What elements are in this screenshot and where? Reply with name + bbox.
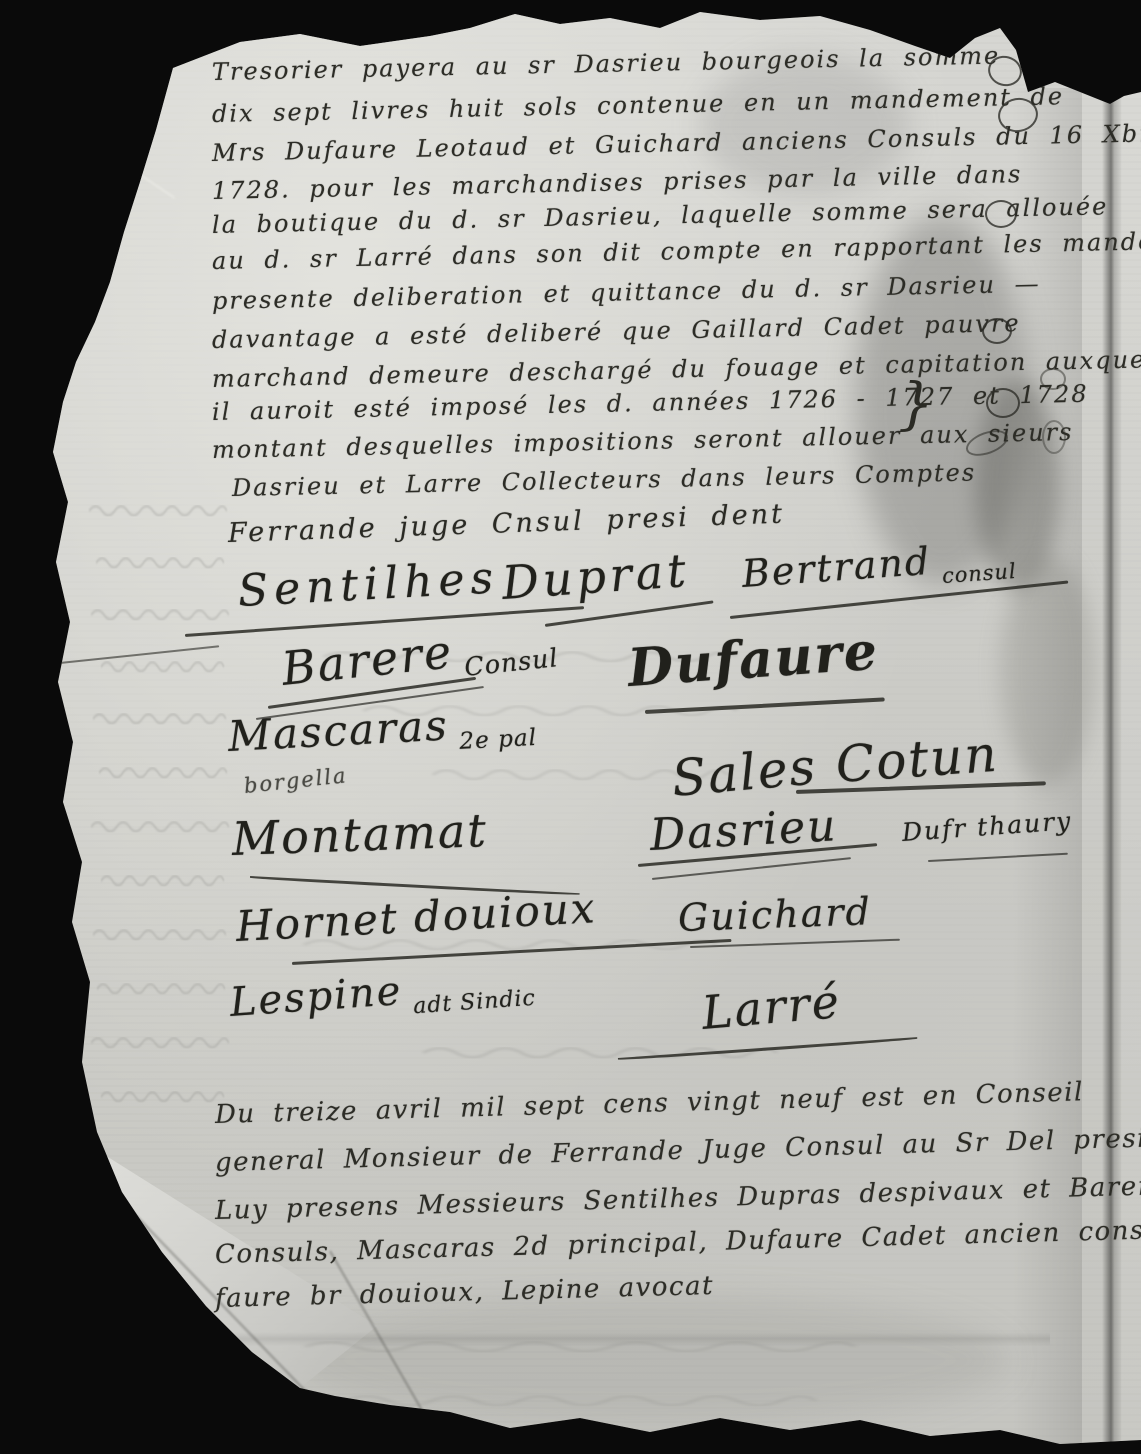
brace-flourish: } xyxy=(898,372,934,437)
manuscript-line: Du treize avril mil sept cens vingt neuf… xyxy=(215,1077,1085,1130)
ink-bleedthrough xyxy=(300,1336,860,1354)
signature-name: borgella xyxy=(243,763,349,798)
signature-title: Consul xyxy=(463,643,560,682)
ink-bleedthrough xyxy=(96,978,226,996)
signature-name: Lespine xyxy=(228,968,403,1026)
signature-name: Duprat xyxy=(500,543,691,610)
paraph-flourish xyxy=(985,200,1017,228)
signature-name: Bertrand xyxy=(740,539,932,596)
paraph-flourish xyxy=(1040,368,1066,390)
ink-bleedthrough xyxy=(92,924,227,942)
ink-bleedthrough xyxy=(90,1032,230,1050)
signature-name: Montamat xyxy=(231,803,489,866)
ink-bleedthrough xyxy=(98,762,228,780)
signature-name: Sales xyxy=(669,737,819,807)
signature-name: Dufaure xyxy=(626,621,881,699)
manuscript-line: Luy presens Messieurs Sentilhes Dupras d… xyxy=(215,1171,1141,1226)
ink-bleedthrough xyxy=(90,604,230,622)
manuscript-line: dix sept livres huit sols contenue en un… xyxy=(212,82,1065,128)
signature-name: Larré xyxy=(700,974,843,1040)
manuscript-page: Tresorier payera au sr Dasrieu bourgeois… xyxy=(0,0,1141,1454)
manuscript-line: Consuls, Mascaras 2d principal, Dufaure … xyxy=(215,1215,1141,1270)
manuscript-line: general Monsieur de Ferrande Juge Consul… xyxy=(215,1123,1141,1178)
ink-bleedthrough xyxy=(100,870,225,888)
ink-bleedthrough xyxy=(340,1390,820,1408)
signature-bertrand: Bertrandconsul xyxy=(740,534,1006,596)
signature-larre: Larré xyxy=(700,974,843,1040)
subscription-line: Ferrande juge Cnsul presi dent xyxy=(227,499,785,549)
ink-bleedthrough xyxy=(90,816,230,834)
ink-bleedthrough xyxy=(88,500,228,518)
signature-name: Mascaras xyxy=(227,700,450,760)
paraph-flourish xyxy=(986,388,1020,418)
book-gutter xyxy=(1102,94,1122,1454)
signature-name: Sentilhes xyxy=(237,552,501,617)
ink-bleedthrough xyxy=(95,552,225,570)
adjacent-page-edge xyxy=(1121,90,1141,1454)
signature-name: Guichard xyxy=(677,889,872,940)
ink-bleedthrough xyxy=(100,656,225,674)
crease-line xyxy=(42,108,175,198)
signature-guichard: Guichard xyxy=(677,889,872,940)
signature-montamat: Montamat xyxy=(231,803,489,866)
signature-title: 2e pal xyxy=(459,725,538,755)
signature-borgella: borgella xyxy=(243,763,349,798)
signature-duprat: Duprat xyxy=(500,543,691,610)
manuscript-line: Tresorier payera au sr Dasrieu bourgeois… xyxy=(212,40,1053,86)
ink-bleedthrough xyxy=(100,1086,225,1104)
signature-sales: Sales xyxy=(669,737,819,807)
signature-lespine: Lespineadt Sindic xyxy=(228,959,526,1025)
signature-dufaure: Dufaure xyxy=(626,621,881,699)
ink-bleedthrough xyxy=(92,708,227,726)
manuscript-line: Dasrieu et Larre Collecteurs dans leurs … xyxy=(232,458,977,502)
paraph-flourish xyxy=(982,318,1012,344)
paraph-flourish xyxy=(1042,420,1066,454)
signature-sentilhes: Sentilhes xyxy=(237,552,501,617)
manuscript-scan: Tresorier payera au sr Dasrieu bourgeois… xyxy=(0,0,1141,1454)
signature-title: adt Sindic xyxy=(412,986,536,1020)
